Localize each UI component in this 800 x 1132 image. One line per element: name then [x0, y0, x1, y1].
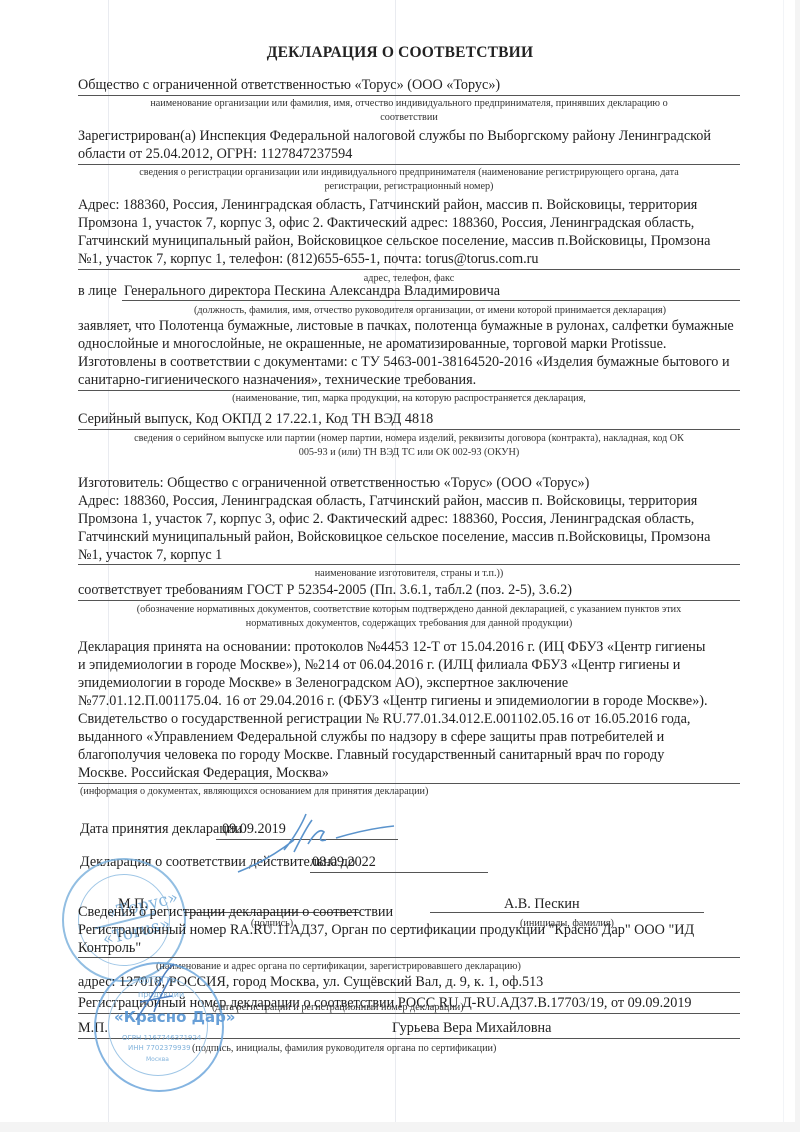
conformity-note: (обозначение нормативных документов, соо…	[78, 603, 740, 617]
address-line: Гатчинский муниципальный район, Войскови…	[78, 232, 710, 251]
divider	[78, 95, 740, 96]
product-note: (наименование, тип, марка продукции, на …	[78, 392, 740, 406]
divider	[78, 564, 740, 565]
basis-note: (информация о документах, являющихся осн…	[80, 785, 428, 799]
registration-note: регистрации, регистрационный номер)	[78, 180, 740, 194]
divider	[122, 300, 740, 301]
handwritten-signature-icon	[236, 810, 396, 880]
serial-note: сведения о серийном выпуске или партии (…	[78, 432, 740, 446]
basis-line: эпидемиологии в городе Москве» в Зеленог…	[78, 674, 568, 693]
registration-heading: Сведения о регистрации декларации о соот…	[78, 903, 393, 922]
basis-line: благополучия человека по городу Москве. …	[78, 746, 664, 765]
certification-head-note: (подпись, инициалы, фамилия руководителя…	[192, 1042, 496, 1056]
basis-line: №77.01.12.П.001175.04. 16 от 29.04.2016 …	[78, 692, 708, 711]
product-line: санитарно-гигиенического назначения», те…	[78, 371, 476, 390]
conformity-standard: соответствует требованиям ГОСТ Р 52354-2…	[78, 581, 572, 600]
divider	[78, 957, 740, 958]
serial-note: 005-93 и (или) ТН ВЭД ТС или ОК 002-93 (…	[78, 446, 740, 460]
declaration-page: ДЕКЛАРАЦИЯ О СООТВЕТСТВИИ Общество с огр…	[0, 0, 795, 1122]
conformity-note: нормативных документов, содержащих требо…	[78, 617, 740, 631]
basis-line: выданного «Управлением Федеральной служб…	[78, 728, 664, 747]
product-line: Изготовлены в соответствии с документами…	[78, 353, 730, 372]
basis-line: и эпидемиологии в городе Москве»), №214 …	[78, 656, 680, 675]
page-title: ДЕКЛАРАЦИЯ О СООТВЕТСТВИИ	[0, 44, 800, 62]
basis-line: Свидетельство о государственной регистра…	[78, 710, 690, 729]
registration-info: области от 25.04.2012, ОГРН: 11278472375…	[78, 145, 352, 164]
manufacturer-line: Адрес: 188360, Россия, Ленинградская обл…	[78, 492, 697, 511]
registration-info: Зарегистрирован(а) Инспекция Федеральной…	[78, 127, 711, 146]
divider	[78, 783, 740, 784]
representative-prefix: в лице	[78, 282, 117, 301]
manufacturer-line: Изготовитель: Общество с ограниченной от…	[78, 474, 589, 493]
acceptance-date-label: Дата принятия декларации	[80, 820, 242, 839]
representative-name: Генерального директора Пескина Александр…	[124, 282, 500, 301]
registration-body-note: (наименование и адрес органа по сертифик…	[156, 960, 521, 974]
divider	[78, 600, 740, 601]
stamp-signature-icon	[130, 960, 190, 1030]
product-line: заявляет, что Полотенца бумажные, листов…	[78, 317, 734, 336]
basis-line: Декларация принята на основании: протоко…	[78, 638, 705, 657]
serial-info: Серийный выпуск, Код ОКПД 2 17.22.1, Код…	[78, 410, 433, 429]
scan-artifact-line	[783, 0, 784, 1122]
applicant-name: Общество с ограниченной ответственностью…	[78, 76, 500, 95]
product-line: однослойные и многослойные, не окрашенны…	[78, 335, 666, 354]
divider	[78, 390, 740, 391]
address-line: Адрес: 188360, Россия, Ленинградская обл…	[78, 196, 697, 215]
applicant-name-note: наименование организации или фамилия, им…	[78, 97, 740, 111]
manufacturer-line: Промзона 1, участок 7, корпус 3, офис 2.…	[78, 510, 694, 529]
representative-note: (должность, фамилия, имя, отчество руков…	[120, 304, 740, 318]
manufacturer-line: №1, участок 7, корпус 1	[78, 546, 222, 565]
basis-line: Москве. Российская Федерация, Москва»	[78, 764, 329, 783]
divider	[78, 269, 740, 270]
declaration-number-note: (дата регистрации и регистрационный номе…	[212, 1001, 464, 1015]
registration-body: Регистрационный номер RA.RU.11АД37, Орга…	[78, 921, 694, 940]
address-line: Промзона 1, участок 7, корпус 3, офис 2.…	[78, 214, 694, 233]
signatory-name: А.В. Пескин	[504, 895, 580, 914]
applicant-name-note: соответствии	[78, 111, 740, 125]
divider	[78, 164, 740, 165]
divider	[78, 429, 740, 430]
manufacturer-line: Гатчинский муниципальный район, Войскови…	[78, 528, 710, 547]
registration-body: Контроль"	[78, 939, 141, 958]
manufacturer-note: наименование изготовителя, страны и т.п.…	[78, 567, 740, 581]
registration-note: сведения о регистрации организации или и…	[78, 166, 740, 180]
certification-head-name: Гурьева Вера Михайловна	[392, 1019, 551, 1038]
signature-line	[430, 912, 704, 913]
address-line: №1, участок 7, корпус 1, телефон: (812)6…	[78, 250, 538, 269]
